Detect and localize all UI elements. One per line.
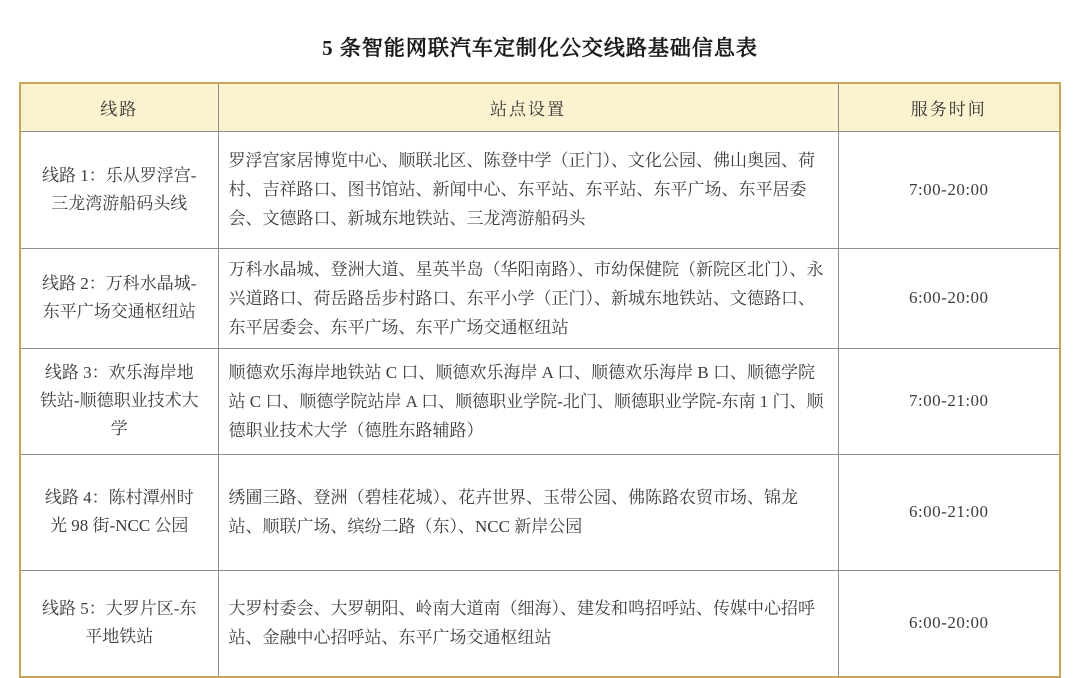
bus-routes-table: 线路 站点设置 服务时间 线路 1：乐从罗浮宫-三龙湾游船码头线 罗浮宫家居博览… (19, 82, 1061, 678)
route-stations: 大罗村委会、大罗朝阳、岭南大道南（细海）、建发和鸣招呼站、传媒中心招呼站、金融中… (218, 570, 838, 677)
page-title: 5 条智能网联汽车定制化公交线路基础信息表 (0, 0, 1080, 82)
col-header-stations: 站点设置 (218, 83, 838, 131)
page: 5 条智能网联汽车定制化公交线路基础信息表 线路 站点设置 服务时间 线路 1：… (0, 0, 1080, 678)
route-name: 线路 3：欢乐海岸地铁站-顺德职业技术大学 (20, 348, 218, 454)
route-stations: 顺德欢乐海岸地铁站 C 口、顺德欢乐海岸 A 口、顺德欢乐海岸 B 口、顺德学院… (218, 348, 838, 454)
route-name: 线路 2：万科水晶城-东平广场交通枢纽站 (20, 248, 218, 348)
route-name: 线路 4：陈村潭州时光 98 街-NCC 公园 (20, 454, 218, 570)
route-service-time: 6:00-20:00 (838, 570, 1060, 677)
route-stations: 罗浮宫家居博览中心、顺联北区、陈登中学（正门）、文化公园、佛山奥园、荷村、吉祥路… (218, 131, 838, 248)
route-service-time: 7:00-21:00 (838, 348, 1060, 454)
header-row: 线路 站点设置 服务时间 (20, 83, 1060, 131)
route-stations: 万科水晶城、登洲大道、星英半岛（华阳南路）、市幼保健院（新院区北门）、永兴道路口… (218, 248, 838, 348)
table-row: 线路 5：大罗片区-东平地铁站 大罗村委会、大罗朝阳、岭南大道南（细海）、建发和… (20, 570, 1060, 677)
col-header-route: 线路 (20, 83, 218, 131)
table-row: 线路 1：乐从罗浮宫-三龙湾游船码头线 罗浮宫家居博览中心、顺联北区、陈登中学（… (20, 131, 1060, 248)
table-row: 线路 4：陈村潭州时光 98 街-NCC 公园 绣圃三路、登洲（碧桂花城）、花卉… (20, 454, 1060, 570)
route-stations: 绣圃三路、登洲（碧桂花城）、花卉世界、玉带公园、佛陈路农贸市场、锦龙站、顺联广场… (218, 454, 838, 570)
route-name: 线路 1：乐从罗浮宫-三龙湾游船码头线 (20, 131, 218, 248)
route-service-time: 7:00-20:00 (838, 131, 1060, 248)
col-header-service-time: 服务时间 (838, 83, 1060, 131)
route-service-time: 6:00-21:00 (838, 454, 1060, 570)
table-row: 线路 3：欢乐海岸地铁站-顺德职业技术大学 顺德欢乐海岸地铁站 C 口、顺德欢乐… (20, 348, 1060, 454)
route-service-time: 6:00-20:00 (838, 248, 1060, 348)
route-name: 线路 5：大罗片区-东平地铁站 (20, 570, 218, 677)
table-row: 线路 2：万科水晶城-东平广场交通枢纽站 万科水晶城、登洲大道、星英半岛（华阳南… (20, 248, 1060, 348)
